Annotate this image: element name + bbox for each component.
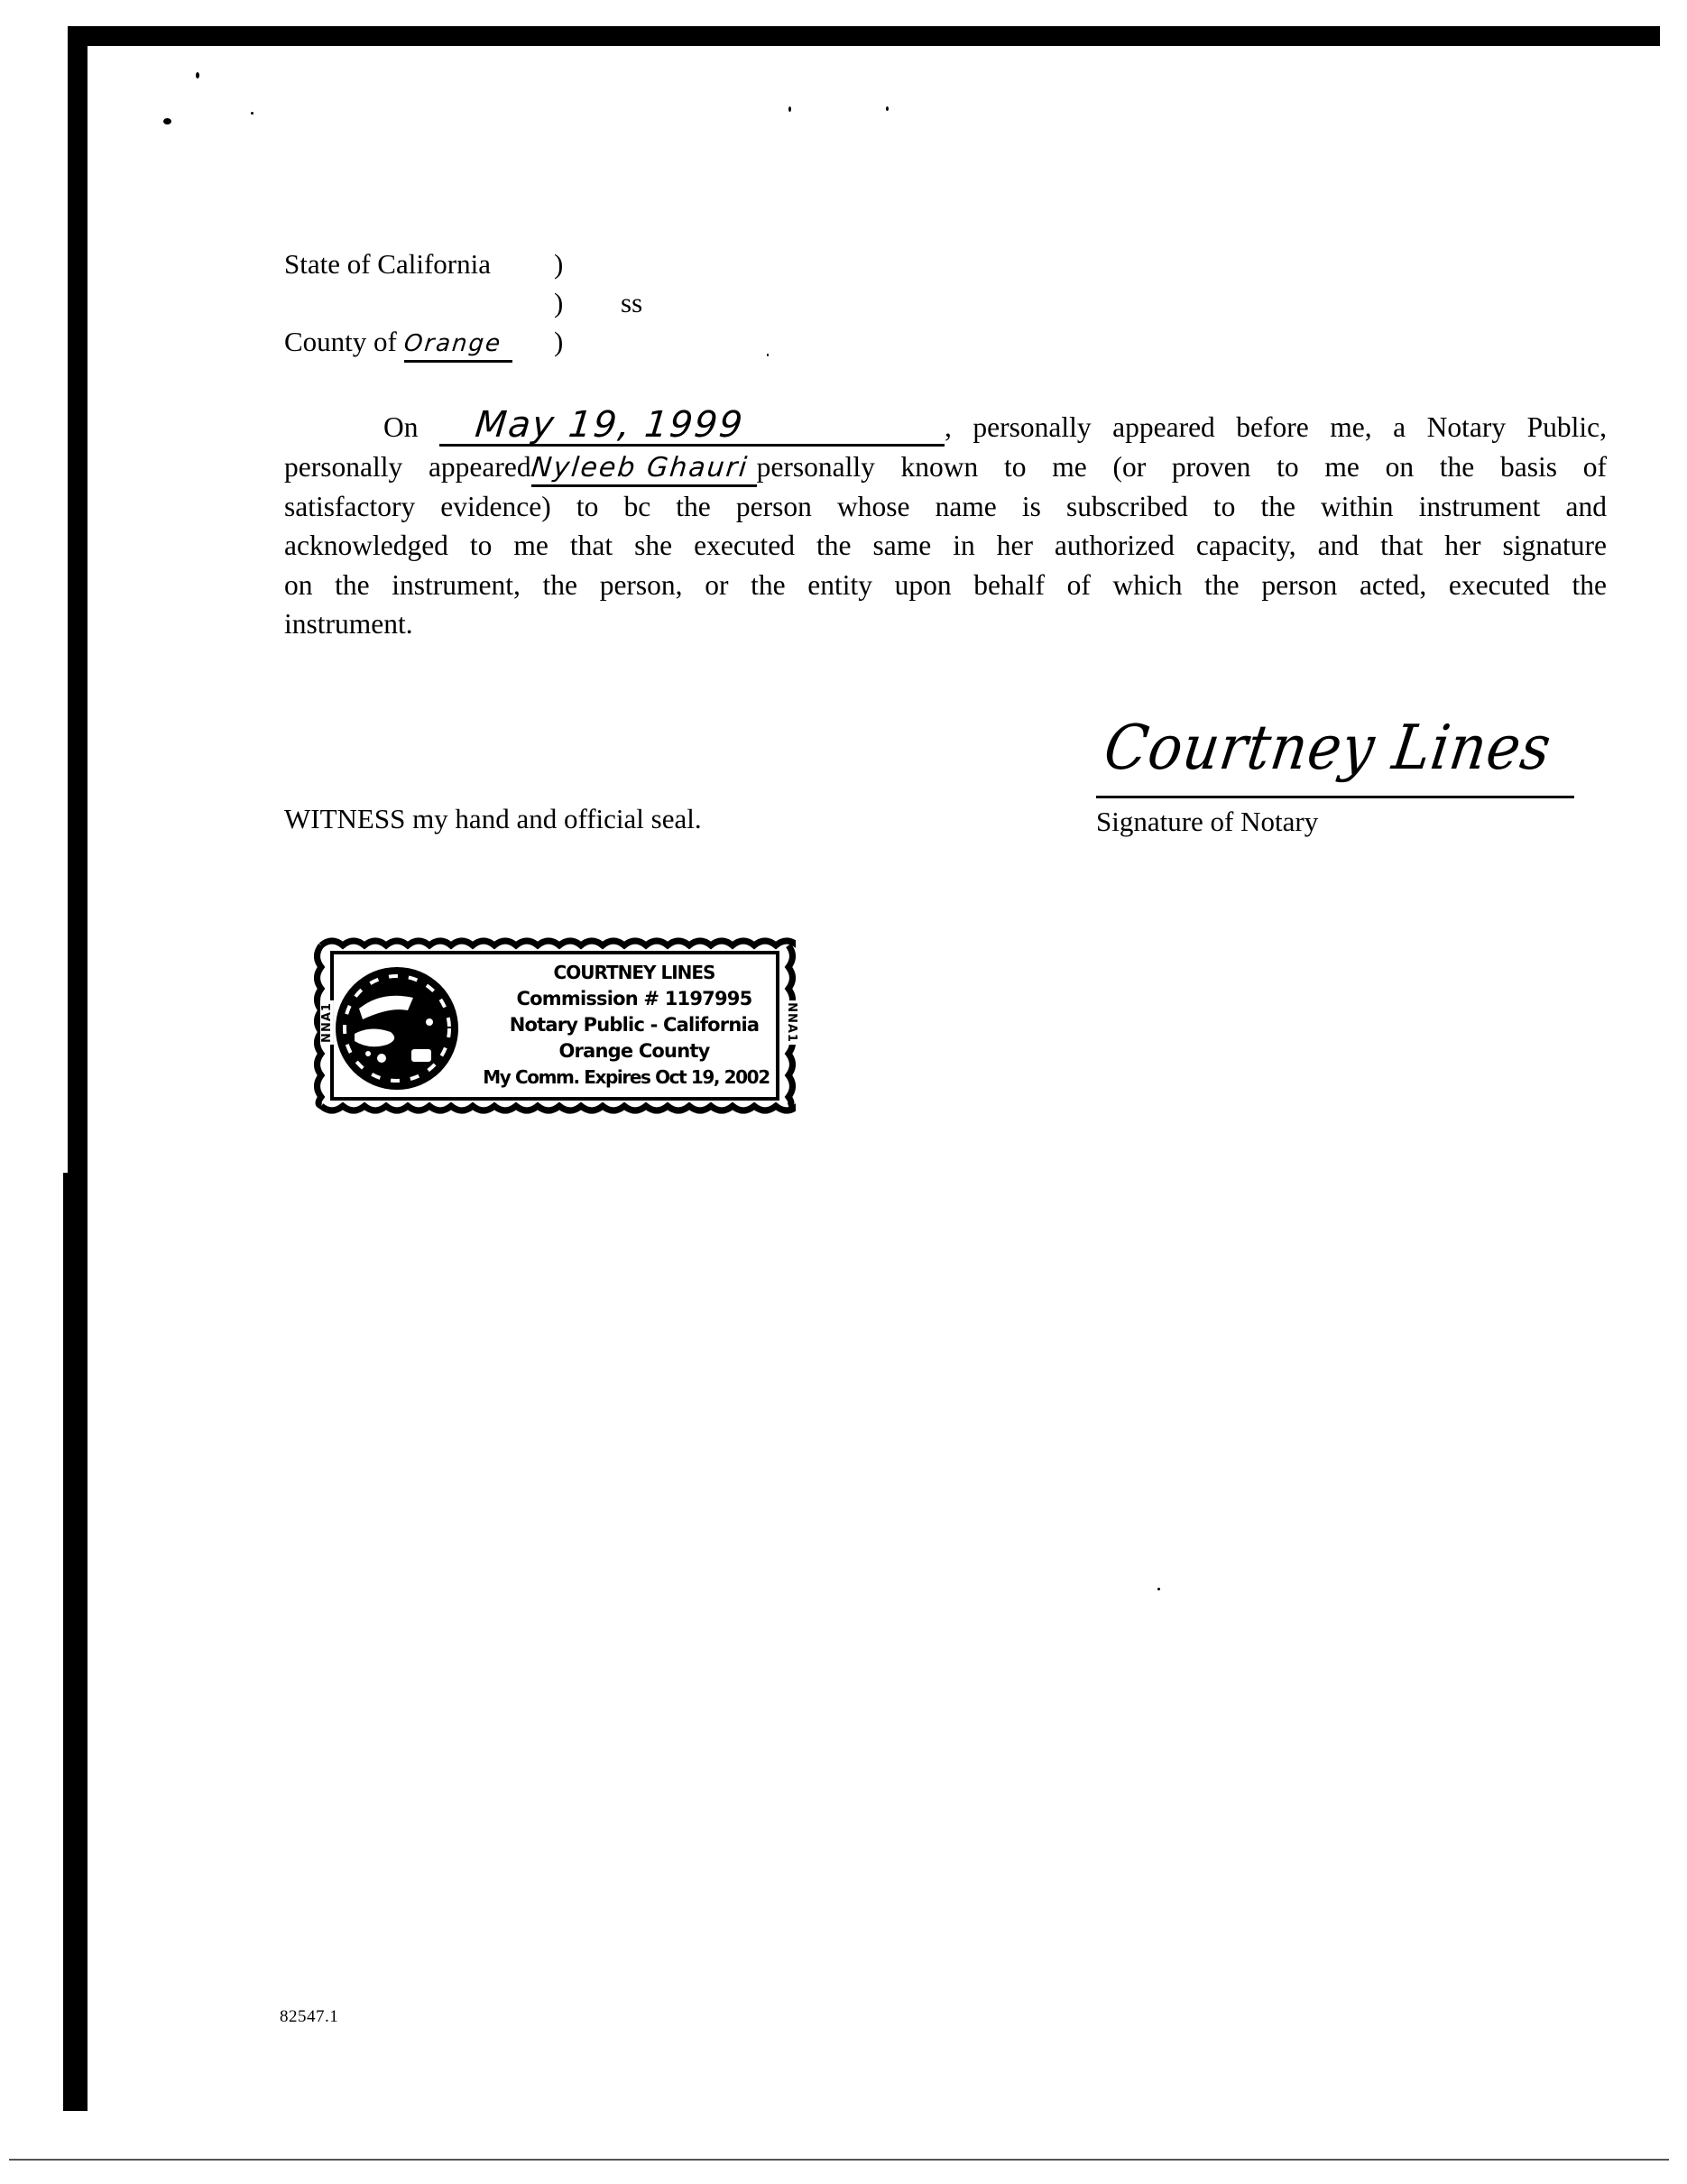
notary-signature: Courtney Lines [1100, 711, 1555, 783]
stamp-title: Notary Public - California [494, 1012, 774, 1038]
name-field: Nyleeb Ghauri [531, 451, 757, 487]
county-field: Orange [404, 327, 512, 363]
signature-line [1096, 796, 1574, 798]
ack-line-2-text: personally known to me (or proven to me … [757, 451, 1607, 483]
state-line: State of California [284, 248, 491, 281]
scan-speck [163, 118, 171, 124]
name-handwritten: Nyleeb Ghauri [530, 452, 750, 484]
on-label: On [383, 411, 419, 443]
ss-label: ss [621, 287, 642, 319]
county-label: County of [284, 326, 397, 357]
stamp-notary-name: COURTNEY LINES [494, 960, 774, 986]
date-field: May 19, 1999 [439, 409, 945, 447]
acknowledgment-paragraph: On May 19, 1999, personally appeared bef… [284, 408, 1607, 644]
scan-speck [251, 112, 254, 115]
venue-bracket: ) [554, 287, 563, 319]
ack-line-1: On May 19, 1999, personally appeared bef… [284, 408, 1607, 447]
witness-text: WITNESS my hand and official seal. [284, 803, 702, 835]
document-code: 82547.1 [280, 2007, 338, 2027]
scan-bottom-rule [9, 2159, 1669, 2161]
stamp-side-label: NNA1 [320, 1000, 334, 1045]
scan-border-top [70, 26, 1660, 46]
ack-line-6: instrument. [284, 604, 1607, 644]
scan-speck [1157, 1588, 1160, 1590]
ack-line-2: personally appearedNyleeb Ghauripersonal… [284, 447, 1607, 487]
ack-line-1-text: , personally appeared before me, a Notar… [945, 411, 1607, 443]
date-handwritten: May 19, 1999 [438, 409, 745, 441]
scan-border-left-lower [63, 1173, 84, 2111]
stamp-side-label: NNA1 [785, 1000, 798, 1045]
signature-label: Signature of Notary [1096, 806, 1318, 838]
venue-bracket: ) [554, 248, 563, 281]
county-line: County of Orange [284, 326, 512, 363]
stamp-commission: Commission # 1197995 [494, 986, 774, 1012]
scan-speck [788, 106, 791, 112]
county-handwritten: Orange [402, 327, 503, 360]
ack-line-5: on the instrument, the person, or the en… [284, 566, 1607, 605]
scan-speck [767, 354, 769, 356]
stamp-county: Orange County [494, 1038, 774, 1064]
venue-bracket: ) [554, 326, 563, 358]
ack-line-3: satisfactory evidence) to bc the person … [284, 487, 1607, 527]
stamp-text-block: COURTNEY LINES Commission # 1197995 Nota… [494, 960, 774, 1091]
stamp-expiration: My Comm. Expires Oct 19, 2002 [478, 1064, 774, 1091]
appeared-label: personally appeared [284, 451, 531, 483]
ack-line-4: acknowledged to me that she executed the… [284, 526, 1607, 566]
scan-speck [196, 72, 199, 78]
notary-stamp: NNA1 NNA1 COURTNEY LINES Commission # 11… [314, 936, 796, 1115]
scan-speck [886, 106, 889, 111]
